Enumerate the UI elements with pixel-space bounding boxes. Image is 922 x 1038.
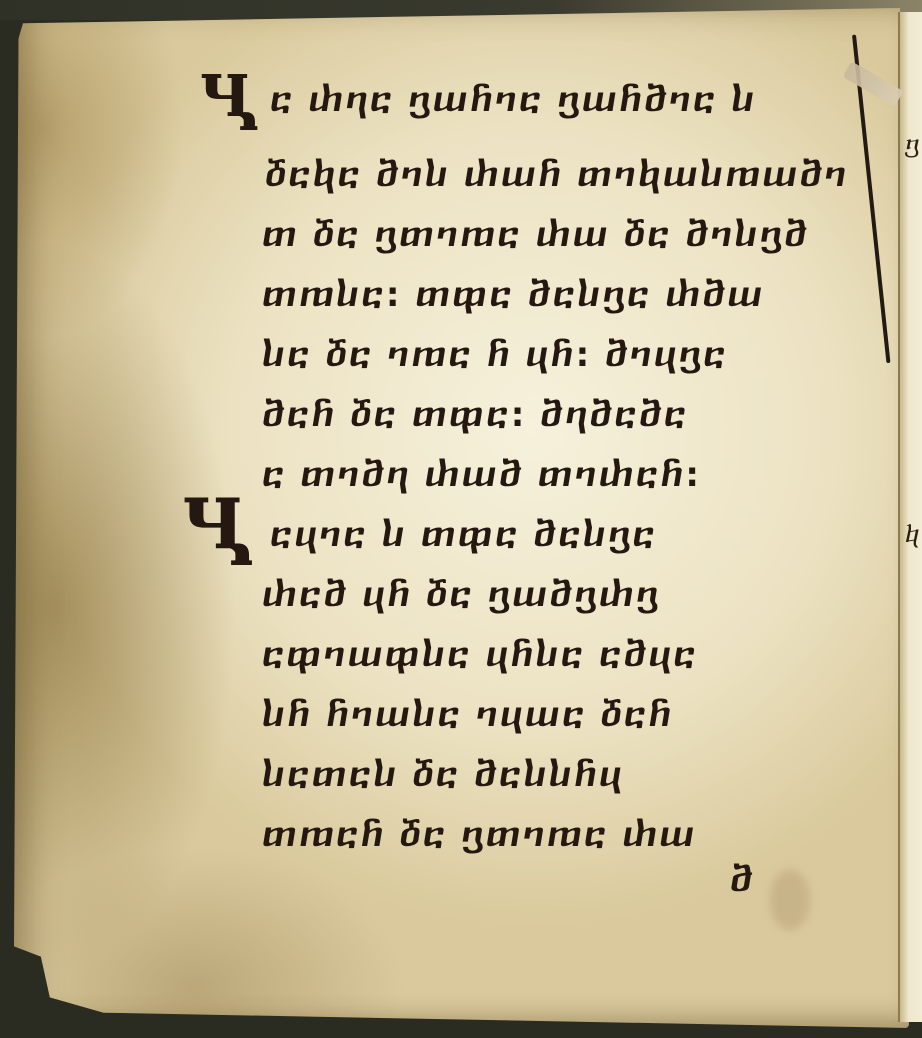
decorated-initial: Ⴁ: [198, 68, 260, 146]
decorated-initial: Ⴁ: [180, 490, 255, 584]
text-line: ⴀ ⴇⴈⴋⴄ ⴐⴍⴋ ⴇⴈⴐⴀⴌ:: [262, 455, 701, 495]
text-line: ⴋ: [730, 860, 755, 900]
text-line: ⴀ ⴐⴄⴀ ⴂⴍⴌⴈⴀ ⴂⴍⴌⴋⴈⴀ ⴑ: [270, 80, 757, 120]
facing-page-edge: ⴂ ⴉ: [898, 12, 922, 1022]
facing-page-glyph: ⴂ: [905, 132, 920, 156]
text-line: ⴇⴊⴀⴌ ⴃⴀ ⴂⴇⴈⴊⴀ ⴐⴍ: [262, 815, 697, 855]
text-line: ⴑⴀⴇⴀⴑ ⴃⴀ ⴋⴀⴑⴑⴌⴗ: [262, 755, 624, 795]
text-line: ⴐⴀⴋ ⴗⴌ ⴃⴀ ⴂⴍⴋⴂⴐⴂ: [262, 575, 660, 615]
parchment-stain: [770, 870, 810, 930]
text-line: ⴃⴀⴉⴀ ⴋⴈⴑ ⴐⴍⴌ ⴇⴈⴉⴍⴑⴊⴍⴋⴈ: [265, 155, 849, 195]
text-line: ⴇⴊⴑⴀ: ⴇⴔⴀ ⴋⴀⴑⴂⴀ ⴐⴋⴍ: [262, 275, 765, 315]
facing-page-glyph: ⴉ: [904, 522, 920, 546]
text-line: ⴀⴗⴈⴀ ⴑ ⴇⴔⴀ ⴋⴀⴑⴂⴀ: [270, 515, 657, 555]
text-line: ⴋⴀⴌ ⴃⴀ ⴇⴔⴀ: ⴋⴄⴋⴀⴋⴀ: [262, 395, 688, 435]
text-line: ⴑⴌ ⴌⴈⴍⴑⴀ ⴈⴗⴍⴀ ⴃⴀⴌ: [262, 695, 673, 735]
text-line: ⴀⴔⴈⴍⴔⴑⴀ ⴗⴌⴑⴀ ⴀⴋⴗⴀ: [262, 635, 698, 675]
text-line: ⴑⴀ ⴃⴀ ⴈⴊⴀ ⴌ ⴗⴌ: ⴋⴈⴗⴂⴀ: [262, 335, 728, 375]
text-line: ⴇ ⴃⴀ ⴂⴇⴈⴊⴀ ⴐⴍ ⴃⴀ ⴋⴈⴑⴂⴋ: [262, 215, 809, 255]
